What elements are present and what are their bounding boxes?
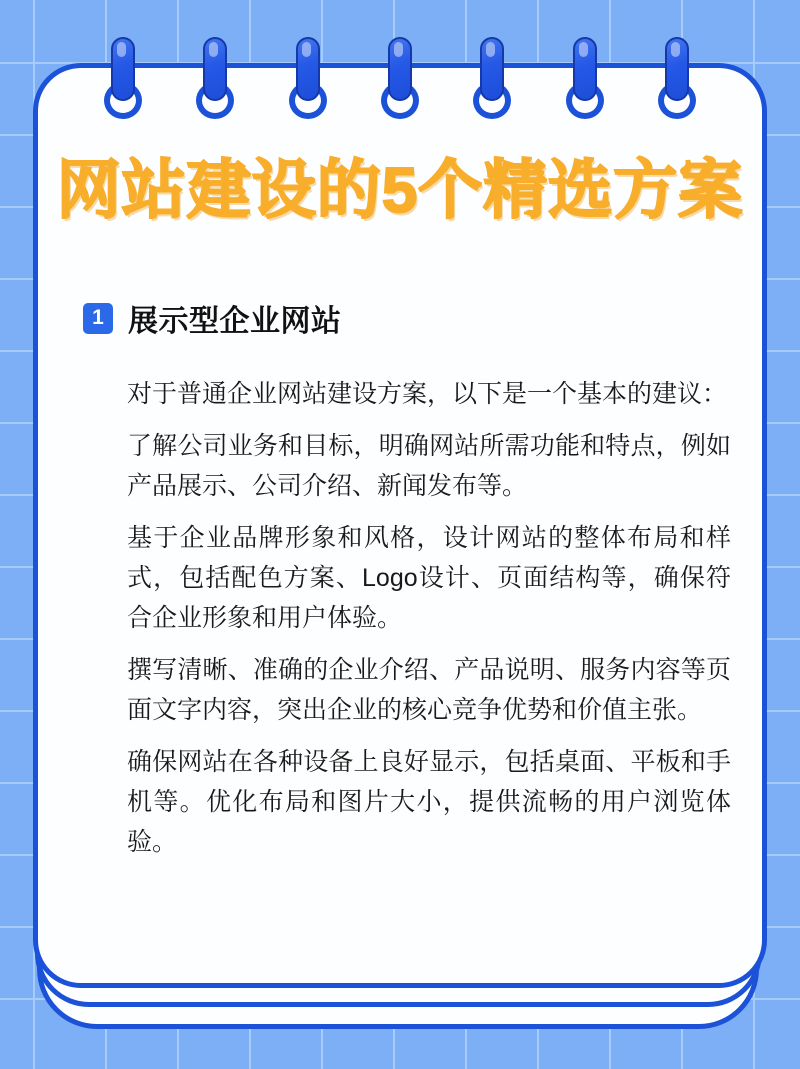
paragraph: 确保网站在各种设备上良好显示，包括桌面、平板和手机等。优化布局和图片大小，提供流… [127,742,731,862]
paragraph: 对于普通企业网站建设方案，以下是一个基本的建议： [127,374,731,414]
binder-ring [195,37,235,155]
poster-title: 网站建设的5个精选方案 [38,154,762,228]
binder-ring [565,37,605,155]
notebook-card: 网站建设的5个精选方案 1 展示型企业网站 对于普通企业网站建设方案，以下是一个… [33,63,767,988]
section-heading: 展示型企业网站 [128,296,342,340]
binder-ring [380,37,420,155]
ring-pin-icon [203,37,227,101]
ring-pin-icon [111,37,135,101]
binder-ring [103,37,143,155]
poster-background: { "theme": { "background_color": "#7DAFF… [0,0,800,1069]
ring-pin-icon [665,37,689,101]
paragraph: 撰写清晰、准确的企业介绍、产品说明、服务内容等页面文字内容，突出企业的核心竞争优… [127,650,731,730]
ring-pin-icon [573,37,597,101]
paragraph: 了解公司业务和目标，明确网站所需功能和特点，例如产品展示、公司介绍、新闻发布等。 [127,426,731,506]
body-text: 对于普通企业网站建设方案，以下是一个基本的建议： 了解公司业务和目标，明确网站所… [127,374,731,874]
paragraph: 基于企业品牌形象和风格，设计网站的整体布局和样式，包括配色方案、Logo设计、页… [127,518,731,638]
ring-pin-icon [480,37,504,101]
binder-ring [657,37,697,155]
binder-ring [288,37,328,155]
ring-pin-icon [388,37,412,101]
binder-rings [38,37,762,155]
section-header: 1 展示型企业网站 [83,296,342,340]
ring-pin-icon [296,37,320,101]
section-number-badge: 1 [83,303,113,334]
binder-ring [472,37,512,155]
